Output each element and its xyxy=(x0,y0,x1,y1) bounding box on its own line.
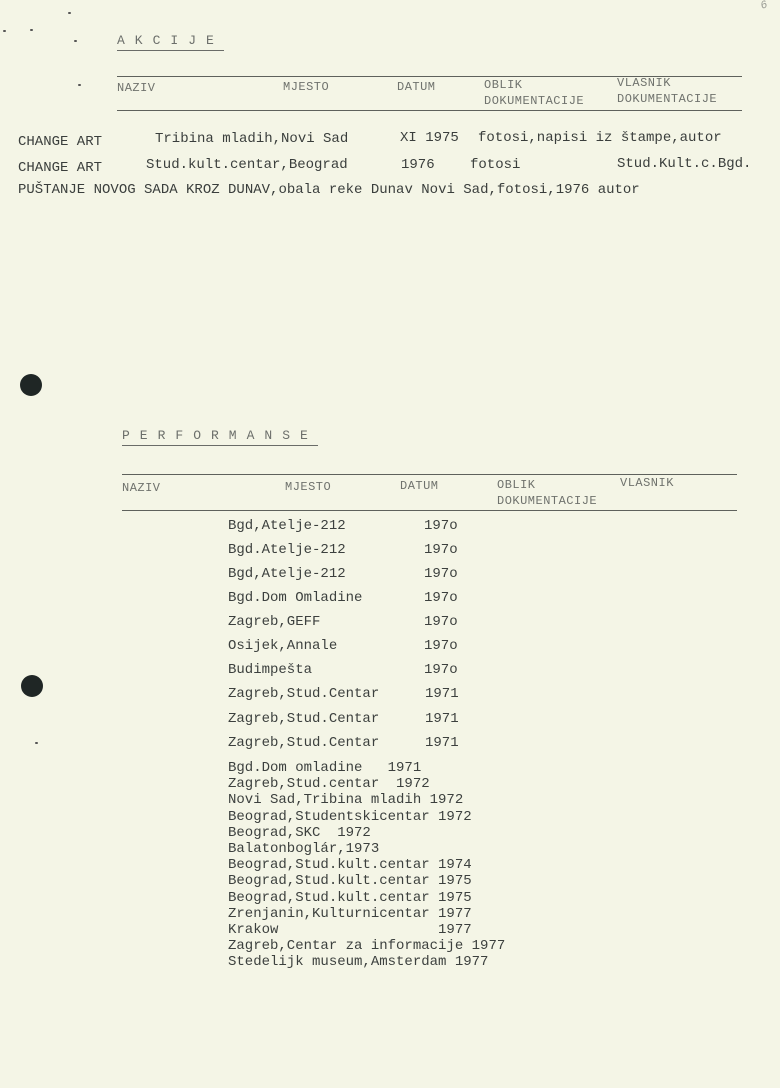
ink-speck xyxy=(35,742,38,744)
cell-datum: 1971 xyxy=(425,735,459,751)
header-vlasnik-line2: DOKUMENTACIJE xyxy=(617,92,717,106)
table-row: Zrenjanin,Kulturnicentar 1977 xyxy=(228,906,472,922)
table-row: Beograd,Stud.kult.centar 1975 xyxy=(228,873,472,889)
header-datum: DATUM xyxy=(400,479,439,493)
table-row: Zagreb,Stud.centar 1972 xyxy=(228,776,430,792)
cell-naziv: CHANGE ART xyxy=(18,134,102,150)
page-number: 6 xyxy=(760,0,770,13)
cell-datum: 197o xyxy=(424,542,458,558)
cell-mjesto: Zagreb,Stud.Centar xyxy=(228,686,379,702)
cell-mjesto: Stud.kult.centar,Beograd xyxy=(146,157,348,173)
table-header-bottom-rule xyxy=(117,110,742,111)
header-vlasnik-line1: VLASNIK xyxy=(617,76,671,90)
cell-mjesto: Bgd,Atelje-212 xyxy=(228,566,346,582)
header-mjesto: MJESTO xyxy=(285,480,331,494)
cell-mjesto: Zagreb,Stud.Centar xyxy=(228,711,379,727)
table-row: Beograd,Studentskicentar 1972 xyxy=(228,809,472,825)
table-header-top-rule xyxy=(122,474,737,475)
header-oblik-line1: OBLIK xyxy=(497,478,536,492)
header-naziv: NAZIV xyxy=(122,481,161,495)
cell-datum: 1971 xyxy=(425,711,459,727)
ink-speck xyxy=(78,84,81,86)
table-header-bottom-rule xyxy=(122,510,737,511)
table-row: Zagreb,Centar za informacije 1977 xyxy=(228,938,505,954)
section-title-performanse: PERFORMANSE xyxy=(122,428,318,446)
ink-speck xyxy=(68,12,71,14)
punch-hole xyxy=(20,374,42,396)
table-row: Stedelijk museum,Amsterdam 1977 xyxy=(228,954,488,970)
cell-oblik: fotosi xyxy=(470,157,520,173)
cell-mjesto: Zagreb,Stud.Centar xyxy=(228,735,379,751)
table-row: Beograd,Stud.kult.centar 1974 xyxy=(228,857,472,873)
table-row: Bgd.Dom omladine 1971 xyxy=(228,760,421,776)
cell-datum: XI 1975 xyxy=(400,130,459,146)
header-vlasnik: VLASNIK xyxy=(620,476,674,490)
section-title-akcije: AKCIJE xyxy=(117,33,224,51)
cell-datum: 197o xyxy=(424,614,458,630)
cell-naziv: CHANGE ART xyxy=(18,160,102,176)
cell-mjesto: Osijek,Annale xyxy=(228,638,337,654)
cell-mjesto: Bgd,Atelje-212 xyxy=(228,518,346,534)
cell-datum: 1971 xyxy=(425,686,459,702)
cell-oblik: fotosi,napisi iz štampe,autor xyxy=(478,130,722,146)
cell-datum: 197o xyxy=(424,662,458,678)
table-row: Novi Sad,Tribina mladih 1972 xyxy=(228,792,463,808)
header-oblik-line2: DOKUMENTACIJE xyxy=(484,94,584,108)
header-mjesto: MJESTO xyxy=(283,80,329,94)
ink-speck xyxy=(3,30,6,32)
cell-datum: 197o xyxy=(424,566,458,582)
header-datum: DATUM xyxy=(397,80,436,94)
punch-hole xyxy=(21,675,43,697)
cell-mjesto: Budimpešta xyxy=(228,662,312,678)
header-naziv: NAZIV xyxy=(117,81,156,95)
cell-datum: 1976 xyxy=(401,157,435,173)
cell-vlasnik: Stud.Kult.c.Bgd. xyxy=(617,156,751,172)
cell-mjesto: Bgd.Dom Omladine xyxy=(228,590,362,606)
table-row: Krakow 1977 xyxy=(228,922,472,938)
cell-mjesto: Bgd.Atelje-212 xyxy=(228,542,346,558)
cell-full-line: PUŠTANJE NOVOG SADA KROZ DUNAV,obala rek… xyxy=(18,182,640,198)
table-row: Beograd,SKC 1972 xyxy=(228,825,371,841)
cell-mjesto: Zagreb,GEFF xyxy=(228,614,320,630)
cell-datum: 197o xyxy=(424,518,458,534)
header-oblik-line1: OBLIK xyxy=(484,78,523,92)
ink-speck xyxy=(30,29,33,31)
cell-datum: 197o xyxy=(424,590,458,606)
table-row: Balatonboglár,1973 xyxy=(228,841,379,857)
header-oblik-line2: DOKUMENTACIJE xyxy=(497,494,597,508)
cell-mjesto: Tribina mladih,Novi Sad xyxy=(155,131,348,147)
ink-speck xyxy=(74,40,77,42)
table-row: Beograd,Stud.kult.centar 1975 xyxy=(228,890,472,906)
cell-datum: 197o xyxy=(424,638,458,654)
